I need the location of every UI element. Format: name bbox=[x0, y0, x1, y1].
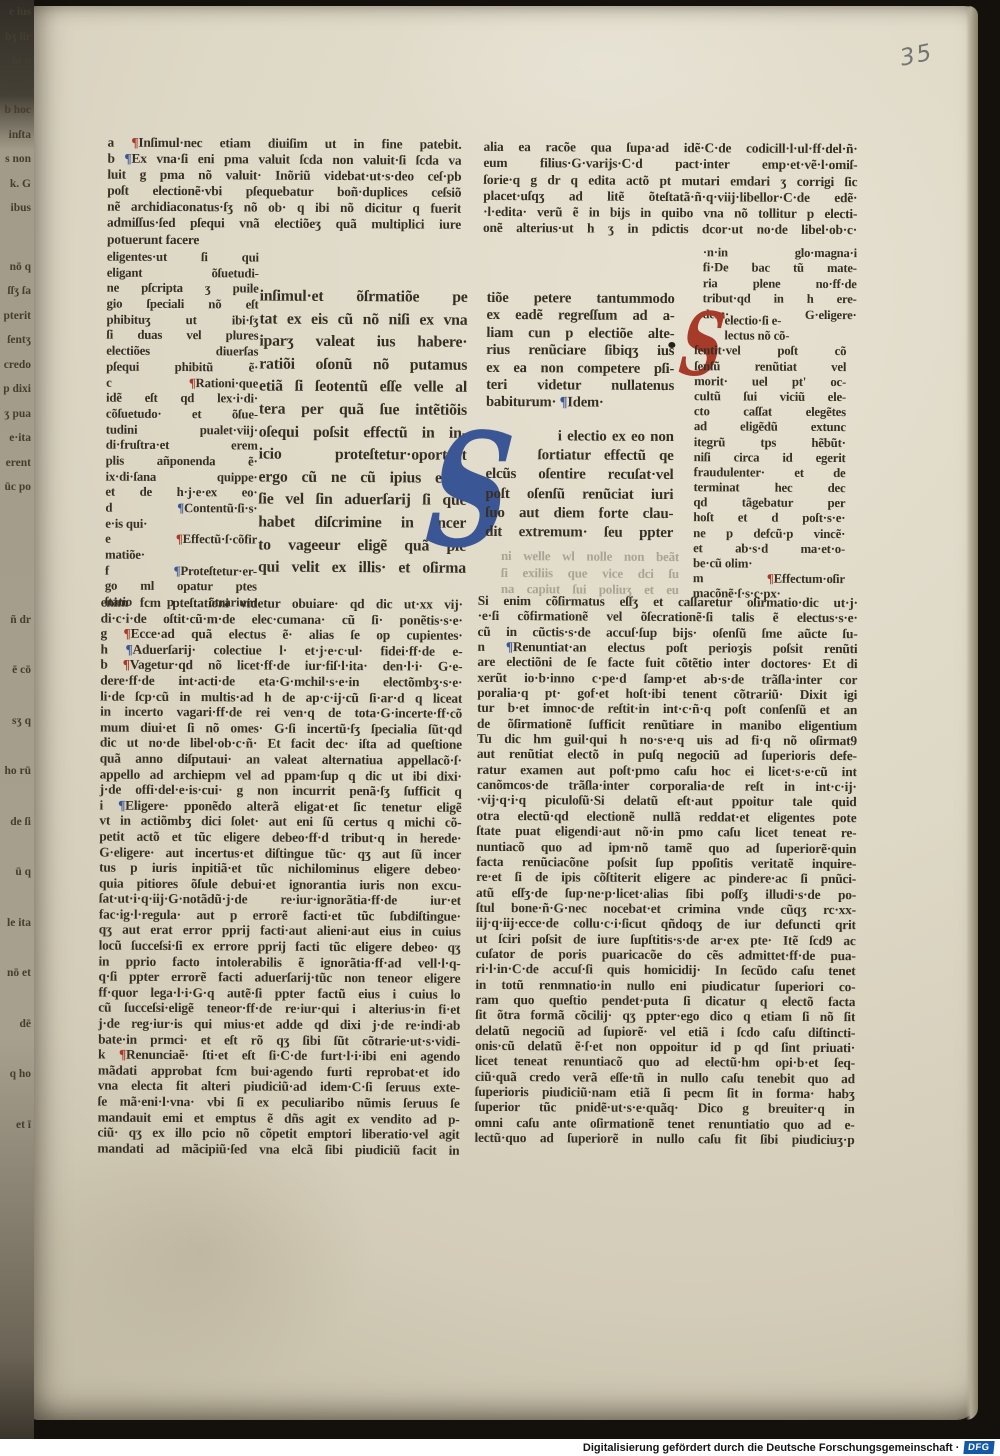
text-line: eligant õſuetudi- bbox=[107, 265, 259, 282]
text-line: e·is qui· bbox=[105, 516, 257, 533]
text-line: fi·De bac tũ mate- bbox=[703, 261, 857, 277]
text-line: mandati ad mãcipiũ·ſed vna elcã ſibi piu… bbox=[97, 1140, 459, 1158]
text-line: ciũ· qʒ ex illo pcio nõ cõpetit emptori … bbox=[97, 1125, 459, 1143]
text-line: ſentit·vel poſt cõ bbox=[694, 344, 846, 360]
text-line: cultũ ſui viciũ ele- bbox=[694, 389, 846, 405]
text-line: ratiõi oſonũ nõ putamus bbox=[259, 353, 467, 377]
text-line: j·de reg·iur·is qui mius·et adde qd dixi… bbox=[98, 1016, 460, 1034]
text-line: lectũ·quo ad ſuperiorẽ in nullo caſu fit… bbox=[474, 1130, 854, 1148]
text-line: pſequi phibitũ ẽ· bbox=[106, 359, 258, 376]
text-line: qd tãgebatur per bbox=[693, 495, 845, 511]
text-line: inſimul·et õſrmatiõe pe bbox=[260, 286, 468, 310]
text-line: ne p defcũ·p vincẽ· bbox=[693, 526, 845, 542]
text-line: rius renũciare ſibiqʒ ius bbox=[486, 342, 674, 361]
left-column-main-text: enim fcm pteſtationi videtur obuiare· qd… bbox=[97, 595, 462, 1159]
page-text-layer: a ¶Inſimul·nec etiam diuiſim ut in fine … bbox=[0, 0, 1000, 1456]
text-line: quã anno diſputaui· an valeat alternatiu… bbox=[100, 750, 462, 768]
text-line: idẽ eſt qd lex·i·di· bbox=[106, 391, 258, 408]
text-line: go ml opatur ptes bbox=[105, 579, 257, 596]
text-line: poſt oſenſũ renũciat iuri bbox=[485, 484, 673, 504]
text-line: admiſſus·ſed pſequi vnã electiõeʒ quã mu… bbox=[107, 215, 461, 233]
text-line: ſuo aut diem forte clau- bbox=[485, 504, 673, 524]
text-line: etiã ſi ſeotentũ eſſe velle al bbox=[259, 376, 467, 400]
text-line: e ¶Effectũ·ſ·cõfir bbox=[105, 532, 257, 549]
text-line: ſortiatur effectũ qe bbox=[486, 446, 674, 466]
text-line: ſe mã·eni·l·vna· vbi ſi ex peculiaribo n… bbox=[98, 1094, 460, 1112]
manuscript-scan: e iusbʒ ſirūt pet bab hocinſtas nonk. Gi… bbox=[0, 0, 1000, 1456]
text-line: dit extremum· ſeu ppter bbox=[485, 523, 673, 543]
text-line: eum filius·G·varijs·C·d pact·inter emp·e… bbox=[483, 155, 857, 174]
text-line: potuerunt facere bbox=[107, 231, 461, 249]
text-line: ex eadẽ regreſſum ad a- bbox=[486, 307, 674, 326]
text-line: tus p iuris inpitiã·et tũc nichilominus … bbox=[99, 860, 461, 878]
text-line: iij·q·iij·ecce·de collu·c·i·ſicut qñdoqʒ… bbox=[476, 915, 856, 933]
text-line: itegrũ tps hẽbũt· bbox=[694, 435, 846, 451]
text-line: licet teneat renuntiacõ quo ad electũ·hm… bbox=[475, 1053, 855, 1071]
text-line: petit actõ et tũc eligere debeo·ff·d tri… bbox=[99, 828, 461, 846]
text-line: elcũs oſentire recuſat·vel bbox=[485, 465, 673, 485]
right-inner-subcolumn: tiõe petere tantummodoex eadẽ regreſſum … bbox=[486, 290, 675, 413]
text-line: ria plene no·ff·de bbox=[703, 276, 857, 292]
text-line: in incerto vagari·ff·de rei ven·q de tot… bbox=[100, 704, 462, 722]
text-line: teri videtur nullatenus bbox=[486, 377, 674, 396]
text-line: plis añponenda ẽ· bbox=[106, 454, 258, 471]
text-line: et ab·s·d ma·et·o- bbox=[693, 541, 845, 557]
text-line: fraudulenter· et de bbox=[694, 465, 846, 481]
left-gloss-subcolumn: eligentes·ut ſi quieligant õſuetudi-ne p… bbox=[105, 250, 259, 612]
dfg-logo: DFG bbox=[964, 1441, 995, 1454]
text-line: ſit õtra formã cõcilij· qʒ ppter·ego dic… bbox=[475, 1007, 855, 1025]
text-line: ſtate puat eligendi·aut nõ·in pmo caſu l… bbox=[476, 823, 856, 841]
text-line: cto caſſat elegẽtes bbox=[694, 404, 846, 420]
text-line: lectus nõ cõ- bbox=[694, 328, 846, 344]
text-line: hoſt et d poſt·s·e· bbox=[693, 511, 845, 527]
text-line: re·et ſi de ipis cõſtiterit eligere ac p… bbox=[476, 869, 856, 887]
text-line: i electio ex eo non bbox=[486, 427, 674, 447]
ink-blot bbox=[668, 342, 675, 348]
text-line: be·cũ olim· bbox=[693, 556, 845, 572]
text-line: tera per quã ſue intẽtiõis bbox=[259, 398, 467, 422]
text-line: tiõe petere tantummodo bbox=[487, 290, 675, 309]
text-line: eligentes·ut ſi qui bbox=[107, 250, 259, 267]
text-line: ni welle wl nolle non beãt bbox=[501, 548, 679, 566]
text-line: tat ex eis cũ nõ niſi ex vna bbox=[259, 308, 467, 332]
text-line: gio ſpeciali nõ eſt bbox=[107, 297, 259, 314]
text-line: electio·ſi e- bbox=[694, 313, 846, 329]
text-line: enim fcm pteſtationi videtur obuiare· qd… bbox=[101, 595, 463, 613]
text-line: c ¶Rationi·que bbox=[106, 375, 258, 392]
left-column-intro-text: a ¶Inſimul·nec etiam diuiſim ut in fine … bbox=[107, 135, 462, 250]
digitization-credit-bar: Digitalisierung gefördert durch die Deut… bbox=[0, 1439, 1000, 1456]
text-line: di·fruſtra·et erem bbox=[106, 438, 258, 455]
text-line: ri·l·in·C·de accuſ·ſi quis homicidij· In… bbox=[475, 961, 855, 979]
text-line: ex ea non competere pſi- bbox=[486, 359, 674, 378]
text-line: cõſuetudo· et õſue- bbox=[106, 406, 258, 423]
text-line: iparʒ valeat ius habere· bbox=[259, 331, 467, 355]
right-column-main-text: Si enim cõſirmatus eſſʒ et caſſaretur oſ… bbox=[474, 593, 857, 1148]
text-line: phibituʒ ut ibi·ſʒ bbox=[106, 312, 258, 329]
text-line: dere·ff·de int·acti·de eta·G·mchil·s·e·i… bbox=[100, 673, 462, 691]
text-line: f ¶Proteſtetur·er- bbox=[105, 563, 257, 580]
text-line: ·n·in glo·magna·i bbox=[703, 245, 857, 261]
text-line: niſi circa id egerit bbox=[694, 450, 846, 466]
text-line: et de h·j·e·ex eo· bbox=[105, 485, 257, 502]
text-line: liam cun p electiõe alte- bbox=[486, 325, 674, 344]
text-line: d ¶Contentũ·ſi·s· bbox=[105, 501, 257, 518]
text-line: onẽ alterius·ut h ʒ in pdictis dcor·ut n… bbox=[483, 220, 857, 239]
text-line: terminat hec dec bbox=[693, 480, 845, 496]
text-line: electiões diuerſas bbox=[106, 344, 258, 361]
text-line: locũ ſucceſsi·ſi ex errore pprij facti t… bbox=[99, 938, 461, 956]
right-column-intro-text: alia ea racõe qua ſupa·ad idẽ·C·de codic… bbox=[483, 139, 858, 239]
text-line: ſi exiliis que vice dci ſu bbox=[501, 565, 679, 583]
folio-number-pencil: 35 bbox=[898, 39, 936, 71]
text-line: m ¶Effectum·oſir bbox=[693, 571, 845, 587]
text-line: ad eligẽdũ extunc bbox=[694, 419, 846, 435]
text-line: ix·di·ſana quippe· bbox=[105, 469, 257, 486]
text-line: j·de offi·del·e·is·cui· g non incurrit p… bbox=[100, 782, 462, 800]
text-line: morit· uel pt' oc- bbox=[694, 374, 846, 390]
text-line: tudini pualet·viij· bbox=[106, 422, 258, 439]
text-line: matiõe· bbox=[105, 548, 257, 565]
right-margin-gloss: electio·ſi e-lectus nõ cõ-ſentit·vel poſ… bbox=[693, 313, 847, 602]
text-line: ſi duas vel plures bbox=[106, 328, 258, 345]
right-inner-subcolumn-continued: i electio ex eo nonſortiatur effectũ qee… bbox=[485, 427, 674, 543]
ink-showthrough-text: ni welle wl nolle non beãtſi exiliis que… bbox=[501, 548, 679, 599]
credit-text: Digitalisierung gefördert durch die Deut… bbox=[583, 1442, 960, 1454]
text-line: ne pſcripta ʒ puile bbox=[107, 281, 259, 298]
text-line: ſenſũ renũtiat vel bbox=[694, 359, 846, 375]
